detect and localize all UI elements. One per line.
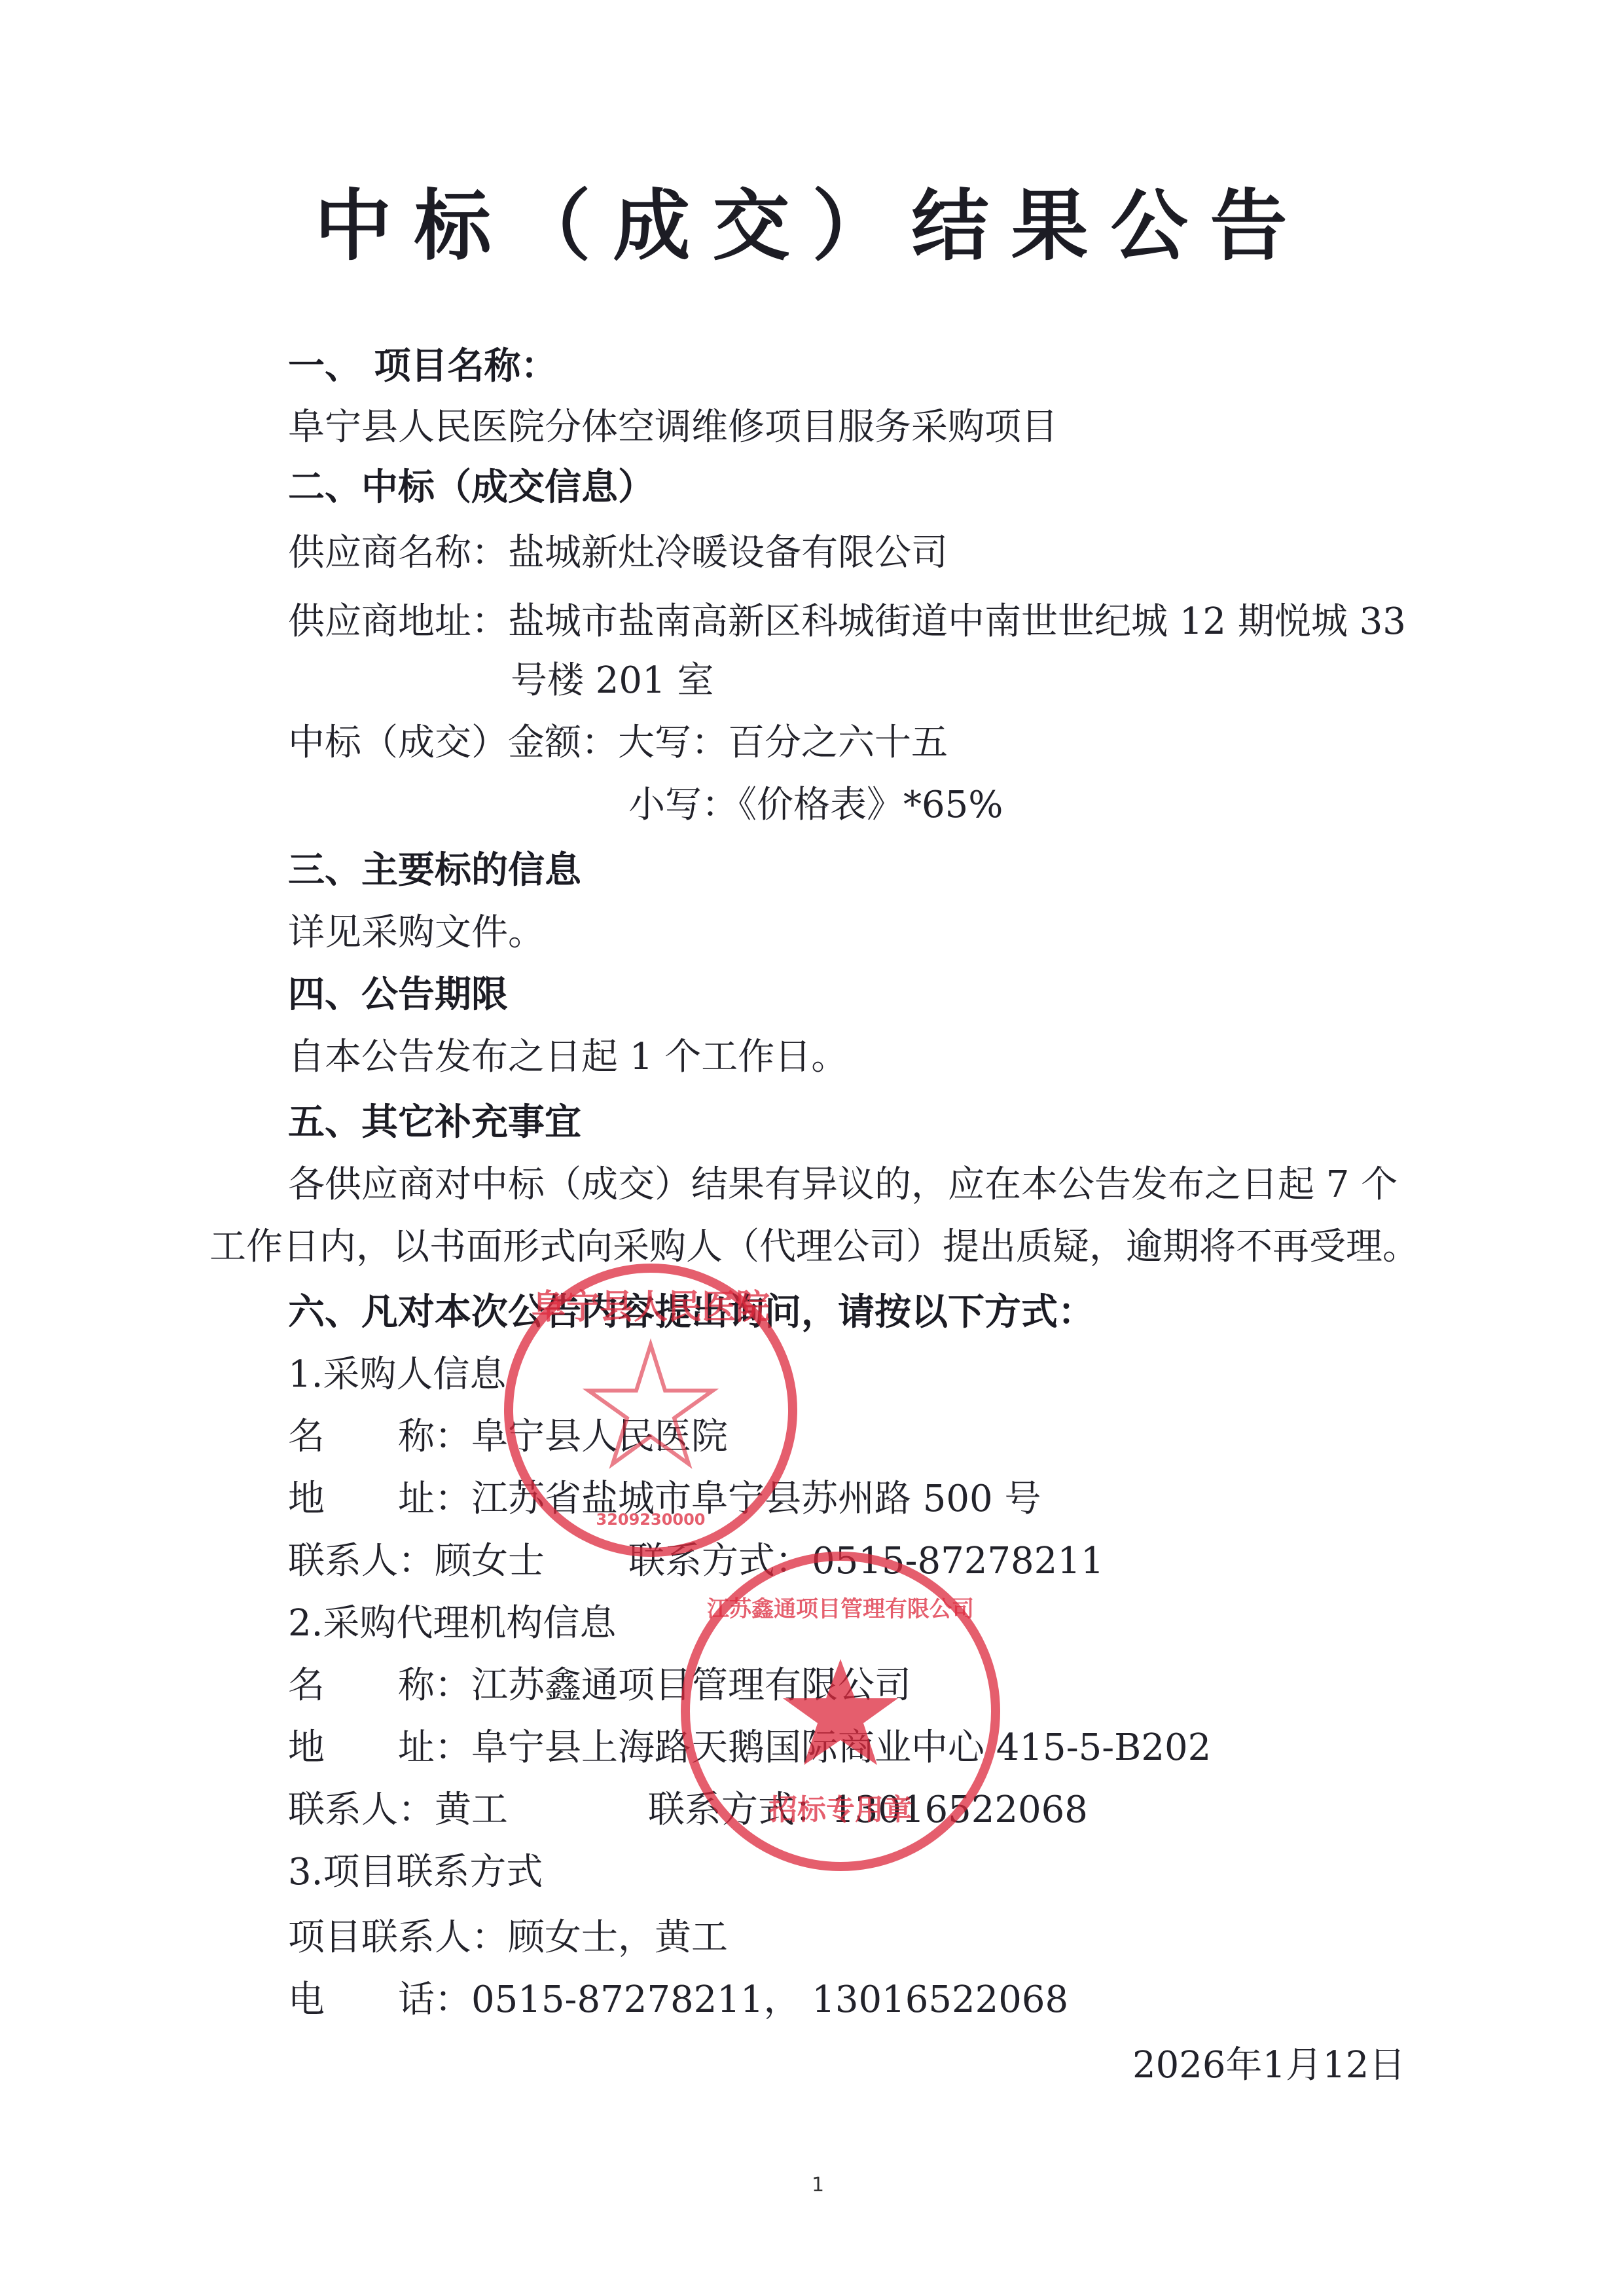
amount-label: 中标（成交）金额： (288, 721, 618, 764)
section-5-body-line1: 各供应商对中标（成交）结果有异议的，应在本公告发布之日起 7 个 (288, 1156, 1398, 1208)
supplier-address-line1: 盐城市盐南高新区科城街道中南世世纪城 12 期悦城 33 (508, 600, 1406, 643)
section-5-body-line2: 工作日内，以书面形式向采购人（代理公司）提出质疑，逾期将不再受理。 (209, 1218, 1419, 1270)
project-contact-row: 项目联系人：顾女士，黄工 (288, 1908, 728, 1961)
project-contact-label: 项目联系人： (288, 1916, 508, 1959)
project-phone-label: 电 话： (288, 1978, 471, 2021)
purchaser-heading: 1.采购人信息 (288, 1345, 506, 1398)
agency-seal-text: 江苏鑫通项目管理有限公司 (707, 1596, 974, 1622)
purchaser-name-row: 名 称：阜宁县人民医院 (288, 1408, 728, 1460)
section-6-heading: 六、凡对本次公告内容提出询问，请按以下方式： (288, 1283, 1094, 1336)
agency-phone-row: 联系方式：13016522068 (648, 1781, 1088, 1833)
project-contact: 顾女士，黄工 (508, 1916, 728, 1959)
purchaser-contact-label: 联系人： (288, 1540, 435, 1582)
agency-name-row: 名 称：江苏鑫通项目管理有限公司 (288, 1656, 911, 1709)
supplier-name: 盐城新灶冷暖设备有限公司 (508, 532, 948, 574)
agency-name: 江苏鑫通项目管理有限公司 (471, 1664, 911, 1707)
amount-lower-row: 小写：《价格表》*65% (628, 776, 1003, 828)
section-4-heading: 四、公告期限 (288, 966, 508, 1018)
page-number: 1 (812, 2174, 824, 2196)
amount-lower-label: 小写： (628, 784, 738, 826)
purchaser-name: 阜宁县人民医院 (471, 1415, 728, 1458)
document-date: 2026年1月12日 (1132, 2036, 1405, 2088)
purchaser-contact-row: 联系人：顾女士 (288, 1532, 545, 1584)
section-3-body: 详见采购文件。 (288, 903, 545, 956)
agency-heading: 2.采购代理机构信息 (288, 1594, 616, 1647)
agency-phone: 13016522068 (831, 1789, 1088, 1831)
section-3-heading: 三、主要标的信息 (288, 841, 581, 894)
agency-address-row: 地 址：阜宁县上海路天鹅国际商业中心 415-5-B202 (288, 1719, 1211, 1771)
project-phone: 0515-87278211， 13016522068 (471, 1978, 1068, 2021)
agency-phone-label: 联系方式： (648, 1789, 831, 1831)
section-4-body: 自本公告发布之日起 1 个工作日。 (288, 1028, 848, 1080)
project-contact-heading: 3.项目联系方式 (288, 1843, 543, 1895)
project-phone-row: 电 话：0515-87278211， 13016522068 (288, 1971, 1068, 2023)
document-title: 中标（成交）结果公告 (0, 164, 1624, 275)
agency-contact: 黄工 (435, 1789, 508, 1831)
agency-name-label: 名 称： (288, 1664, 471, 1707)
section-2-heading: 二、中标（成交信息） (288, 458, 655, 511)
amount-upper: 百分之六十五 (728, 721, 948, 764)
supplier-name-row: 供应商名称：盐城新灶冷暖设备有限公司 (288, 524, 948, 576)
supplier-address-row: 供应商地址：盐城市盐南高新区科城街道中南世世纪城 12 期悦城 33 (288, 592, 1406, 645)
project-name: 阜宁县人民医院分体空调维修项目服务采购项目 (288, 398, 1058, 450)
document-page: 中标（成交）结果公告 一、 项目名称： 阜宁县人民医院分体空调维修项目服务采购项… (0, 0, 1624, 2296)
section-5-heading: 五、其它补充事宜 (288, 1093, 581, 1146)
amount-upper-label: 大写： (618, 721, 728, 764)
amount-row: 中标（成交）金额：大写：百分之六十五 (288, 714, 948, 766)
purchaser-phone-label: 联系方式： (628, 1540, 812, 1582)
section-1-heading: 一、 项目名称： (288, 337, 558, 390)
amount-lower: 《价格表》*65% (738, 784, 1003, 826)
agency-address: 阜宁县上海路天鹅国际商业中心 415-5-B202 (471, 1726, 1211, 1769)
purchaser-contact: 顾女士 (435, 1540, 545, 1582)
agency-contact-row: 联系人：黄工 (288, 1781, 508, 1833)
agency-address-label: 地 址： (288, 1726, 471, 1769)
supplier-address-label: 供应商地址： (288, 600, 508, 643)
purchaser-address-row: 地 址：江苏省盐城市阜宁县苏州路 500 号 (288, 1470, 1041, 1522)
purchaser-name-label: 名 称： (288, 1415, 471, 1458)
purchaser-address-label: 地 址： (288, 1478, 471, 1520)
purchaser-phone: 0515-87278211 (812, 1540, 1104, 1582)
purchaser-phone-row: 联系方式：0515-87278211 (628, 1532, 1104, 1584)
purchaser-address: 江苏省盐城市阜宁县苏州路 500 号 (471, 1478, 1041, 1520)
agency-contact-label: 联系人： (288, 1789, 435, 1831)
supplier-name-label: 供应商名称： (288, 532, 508, 574)
supplier-address-line2: 号楼 201 室 (511, 651, 714, 704)
